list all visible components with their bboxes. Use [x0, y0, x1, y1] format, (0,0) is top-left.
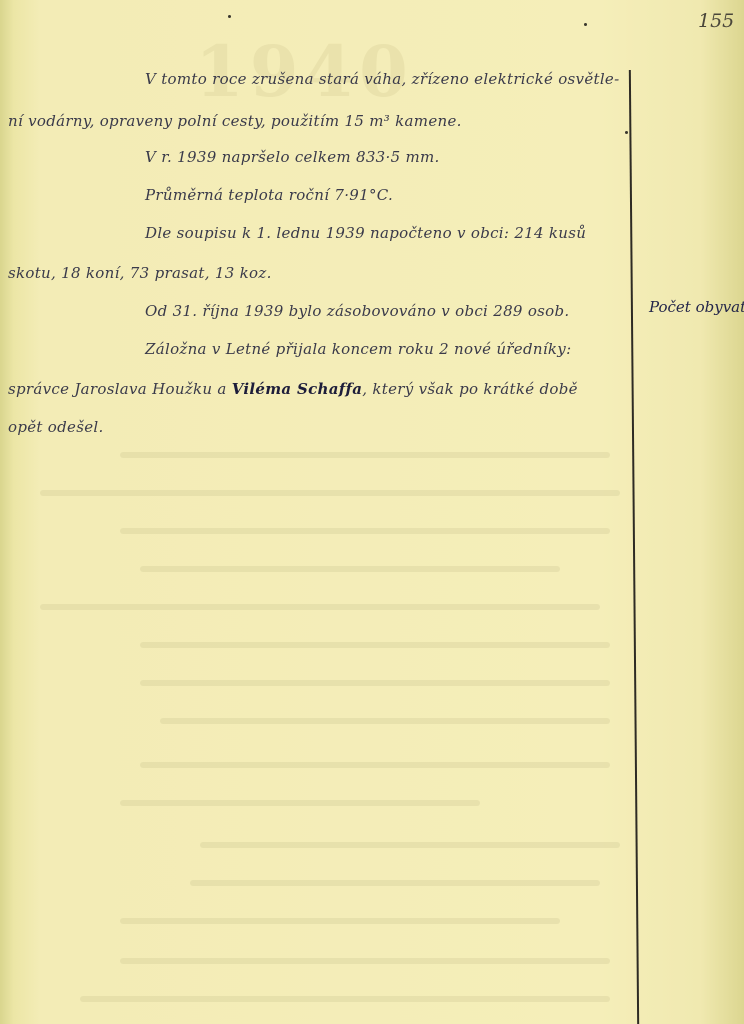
- text-line-8: Záložna v Letné přijala koncem roku 2 no…: [145, 340, 571, 358]
- bleed-through-line: [140, 566, 560, 572]
- ink-speck: [584, 23, 587, 26]
- text-line-6: skotu, 18 koní, 73 prasat, 13 koz.: [8, 264, 272, 282]
- name-vilem-schaff: Viléma Schaffa: [232, 380, 363, 398]
- text-line-5: Dle soupisu k 1. lednu 1939 napočteno v …: [145, 224, 586, 242]
- bleed-through-line: [160, 718, 610, 724]
- bleed-through-line: [120, 528, 610, 534]
- bleed-through-line: [40, 490, 620, 496]
- text-line-2: ní vodárny, opraveny polní cesty, použit…: [8, 112, 462, 130]
- text-line-3: V r. 1939 napršelo celkem 833·5 mm.: [145, 148, 440, 166]
- bleed-through-line: [140, 642, 610, 648]
- bleed-through-line: [200, 842, 620, 848]
- bleed-through-line: [190, 880, 600, 886]
- bleed-through-line: [140, 762, 610, 768]
- margin-note: Počet obyvatel: [649, 298, 744, 316]
- bleed-through-line: [120, 958, 610, 964]
- text-line-4: Průměrná teplota roční 7·91°C.: [145, 186, 393, 204]
- text-line-9: správce Jaroslava Houžku a Viléma Schaff…: [8, 380, 578, 398]
- text-line-7: Od 31. října 1939 bylo zásobovováno v ob…: [145, 302, 569, 320]
- bleed-through-line: [140, 680, 610, 686]
- ink-speck: [228, 15, 231, 18]
- text-line-10: opět odešel.: [8, 418, 104, 436]
- text-line-9-end: , který však po krátké době: [362, 380, 578, 398]
- text-line-1: V tomto roce zrušena stará váha, zřízeno…: [145, 70, 619, 88]
- bleed-through-line: [40, 604, 600, 610]
- bleed-through-line: [120, 918, 560, 924]
- ink-speck: [625, 131, 628, 134]
- text-line-9-start: správce Jaroslava Houžku a: [8, 380, 227, 398]
- page-number: 155: [698, 10, 734, 32]
- document-page: 1940 155 V tomto roce zrušena stará váha…: [0, 0, 744, 1024]
- margin-rule: [629, 70, 639, 1024]
- bleed-through-line: [120, 800, 480, 806]
- bleed-through-line: [120, 452, 610, 458]
- bleed-through-line: [80, 996, 610, 1002]
